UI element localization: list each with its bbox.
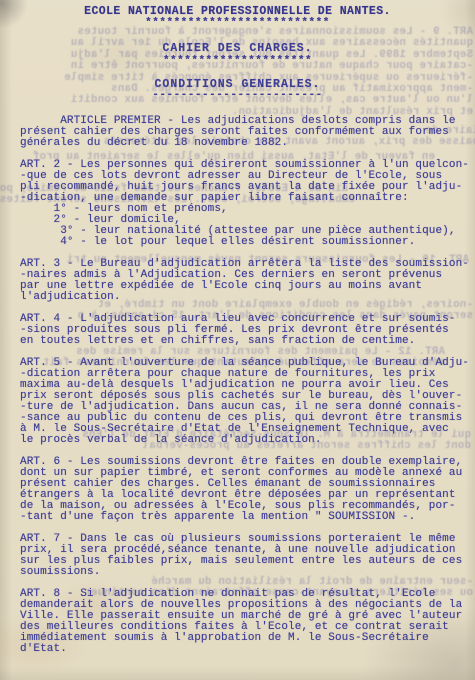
document-header: ECOLE NATIONALE PROFESSIONNELLE DE NANTE…	[0, 6, 475, 100]
subtitle-underline: *********************	[0, 56, 475, 67]
section-underline: ------------------------	[0, 91, 475, 100]
paragraph-art-8: ART. 8 - Si l'adjudication ne donnait pa…	[20, 589, 469, 655]
paragraph-art-4: ART. 4 - L'adjudication aura lieu avec c…	[20, 314, 469, 347]
paragraph-art-6: ART. 6 - Les soumissions devront être fa…	[20, 457, 469, 523]
title-underline: **************************	[0, 18, 475, 29]
paragraph-article-premier: ARTICLE PREMIER - Les adjudications desl…	[20, 116, 469, 149]
paragraph-art-2: ART. 2 - Les personnes qui désireront so…	[20, 160, 469, 204]
paragraph-art-2-list: 1° - leurs nom et prénoms, 2° - leur dom…	[20, 204, 469, 248]
document-body: ARTICLE PREMIER - Les adjudications desl…	[20, 116, 469, 666]
document-subtitle: CAHIER DES CHARGES.	[0, 43, 475, 55]
paragraph-art-3: ART. 3 - Le Bureau d'adjudication arrête…	[20, 259, 469, 303]
typewritten-layer: ECOLE NATIONALE PROFESSIONNELLE DE NANTE…	[0, 0, 475, 680]
paragraph-art-5: ART. 5 - Avant l'ouverture de la séance …	[20, 358, 469, 446]
paragraph-art-7: ART. 7 - Dans le cas où plusieurs soumis…	[20, 534, 469, 578]
document-page: ART. 9 - Les soumissionnaires s'engagero…	[0, 0, 475, 680]
